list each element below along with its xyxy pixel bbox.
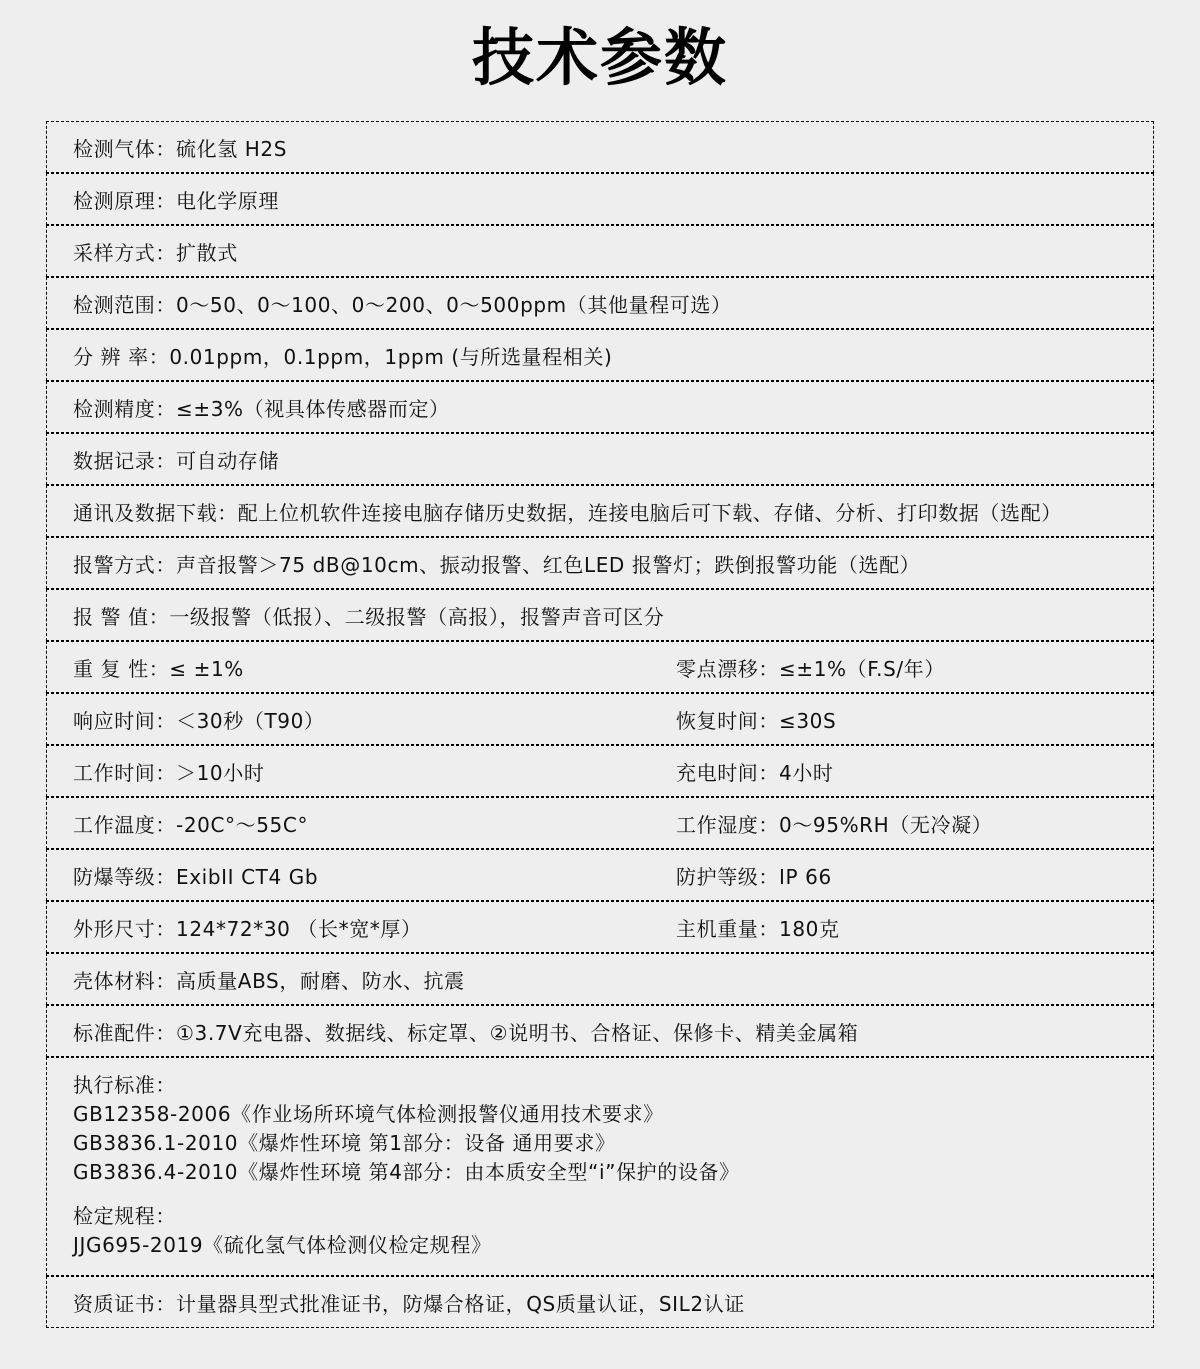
spec-text-right: 零点漂移：≤±1%（F.S/年） xyxy=(676,653,1143,682)
spec-text-left: 工作时间：＞10小时 xyxy=(73,757,676,786)
standards-item: GB12358-2006《作业场所环境气体检测报警仪通用技术要求》 xyxy=(73,1100,1127,1129)
spec-text: 壳体材料：高质量ABS，耐磨、防水、抗震 xyxy=(73,965,465,994)
spec-text: 通讯及数据下载：配上位机软件连接电脑存储历史数据，连接电脑后可下载、存储、分析、… xyxy=(73,497,1062,526)
spec-row-communication: 通讯及数据下载：配上位机软件连接电脑存储历史数据，连接电脑后可下载、存储、分析、… xyxy=(46,485,1154,537)
spec-row-certificates: 资质证书：计量器具型式批准证书，防爆合格证，QS质量认证，SIL2认证 xyxy=(46,1276,1154,1328)
spec-row-data-logging: 数据记录：可自动存储 xyxy=(46,433,1154,485)
spec-text-right: 恢复时间：≤30S xyxy=(676,705,1143,734)
verification-item: JJG695-2019《硫化氢气体检测仪检定规程》 xyxy=(73,1231,1127,1260)
spec-text-left: 防爆等级：ExibII CT4 Gb xyxy=(73,861,676,890)
spec-row-sampling: 采样方式：扩散式 xyxy=(46,225,1154,277)
spec-row-resolution: 分 辨 率：0.01ppm，0.1ppm，1ppm (与所选量程相关) xyxy=(46,329,1154,381)
spec-text-left: 外形尺寸：124*72*30 （长*宽*厚） xyxy=(73,913,676,942)
spec-row-alarm-mode: 报警方式：声音报警＞75 dB@10cm、振动报警、红色LED 报警灯；跌倒报警… xyxy=(46,537,1154,589)
spec-text: 分 辨 率：0.01ppm，0.1ppm，1ppm (与所选量程相关) xyxy=(73,341,612,370)
spec-text: 报 警 值：一级报警（低报）、二级报警（高报），报警声音可区分 xyxy=(73,601,664,630)
spec-text: 数据记录：可自动存储 xyxy=(73,445,279,474)
spec-text-right: 充电时间：4小时 xyxy=(676,757,1143,786)
spec-text-left: 工作温度：-20C°～55C° xyxy=(73,809,676,838)
spec-text-right: 防护等级：IP 66 xyxy=(676,861,1143,890)
spec-text: 检测气体：硫化氢 H2S xyxy=(73,133,287,162)
spec-text-left: 响应时间：＜30秒（T90） xyxy=(73,705,676,734)
spec-text: 标准配件：①3.7V充电器、数据线、标定罩、②说明书、合格证、保修卡、精美金属箱 xyxy=(73,1017,858,1046)
spec-row-temp-humidity: 工作温度：-20C°～55C° 工作湿度：0～95%RH（无冷凝） xyxy=(46,797,1154,849)
spec-text: 检测原理：电化学原理 xyxy=(73,185,279,214)
spec-row-explosionproof-protection: 防爆等级：ExibII CT4 Gb 防护等级：IP 66 xyxy=(46,849,1154,901)
spec-row-worktime-charge: 工作时间：＞10小时 充电时间：4小时 xyxy=(46,745,1154,797)
spec-text-left: 重 复 性：≤ ±1% xyxy=(73,653,676,682)
spec-row-accuracy: 检测精度：≤±3%（视具体传感器而定） xyxy=(46,381,1154,433)
verification-heading: 检定规程： xyxy=(73,1202,1127,1231)
spec-text: 报警方式：声音报警＞75 dB@10cm、振动报警、红色LED 报警灯；跌倒报警… xyxy=(73,549,920,578)
standards-item: GB3836.4-2010《爆炸性环境 第4部分：由本质安全型“i”保护的设备》 xyxy=(73,1158,1127,1187)
spec-row-standard-accessories: 标准配件：①3.7V充电器、数据线、标定罩、②说明书、合格证、保修卡、精美金属箱 xyxy=(46,1005,1154,1057)
spec-row-repeatability-drift: 重 复 性：≤ ±1% 零点漂移：≤±1%（F.S/年） xyxy=(46,641,1154,693)
spec-text: 检测范围：0～50、0～100、0～200、0～500ppm（其他量程可选） xyxy=(73,289,732,318)
spec-table: 检测气体：硫化氢 H2S 检测原理：电化学原理 采样方式：扩散式 检测范围：0～… xyxy=(46,121,1154,1328)
spec-row-response-recovery: 响应时间：＜30秒（T90） 恢复时间：≤30S xyxy=(46,693,1154,745)
spec-text-right: 工作湿度：0～95%RH（无冷凝） xyxy=(676,809,1143,838)
spec-row-range: 检测范围：0～50、0～100、0～200、0～500ppm（其他量程可选） xyxy=(46,277,1154,329)
spec-row-housing-material: 壳体材料：高质量ABS，耐磨、防水、抗震 xyxy=(46,953,1154,1005)
spec-row-principle: 检测原理：电化学原理 xyxy=(46,173,1154,225)
spec-row-dimensions-weight: 外形尺寸：124*72*30 （长*宽*厚） 主机重量：180克 xyxy=(46,901,1154,953)
spec-row-gas: 检测气体：硫化氢 H2S xyxy=(46,121,1154,173)
standards-heading: 执行标准： xyxy=(73,1071,1127,1100)
spec-text: 检测精度：≤±3%（视具体传感器而定） xyxy=(73,393,450,422)
spec-row-standards: 执行标准： GB12358-2006《作业场所环境气体检测报警仪通用技术要求》 … xyxy=(46,1057,1154,1276)
spec-text: 资质证书：计量器具型式批准证书，防爆合格证，QS质量认证，SIL2认证 xyxy=(73,1288,745,1317)
spec-text: 采样方式：扩散式 xyxy=(73,237,238,266)
page-title: 技术参数 xyxy=(0,0,1200,99)
spec-text-right: 主机重量：180克 xyxy=(676,913,1143,942)
spec-row-alarm-value: 报 警 值：一级报警（低报）、二级报警（高报），报警声音可区分 xyxy=(46,589,1154,641)
standards-item: GB3836.1-2010《爆炸性环境 第1部分：设备 通用要求》 xyxy=(73,1129,1127,1158)
